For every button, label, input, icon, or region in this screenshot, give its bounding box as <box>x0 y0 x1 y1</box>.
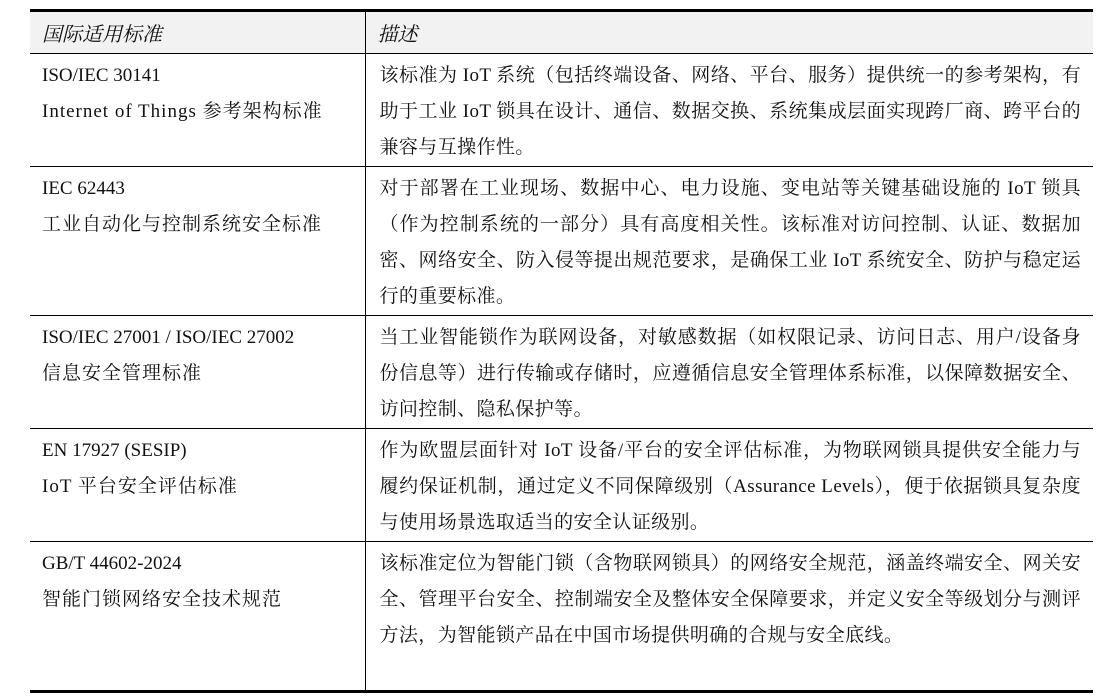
table-header: 国际适用标准 描述 <box>30 11 1093 54</box>
table-row: ISO/IEC 30141 Internet of Things 参考架构标准 … <box>30 54 1093 167</box>
standard-name: 智能门锁网络安全技术规范 <box>42 582 353 618</box>
standard-code: ISO/IEC 30141 <box>42 58 353 94</box>
header-standard: 国际适用标准 <box>30 11 365 54</box>
standard-code: IEC 62443 <box>42 171 353 207</box>
standards-table: 国际适用标准 描述 ISO/IEC 30141 Internet of Thin… <box>30 9 1093 693</box>
header-row: 国际适用标准 描述 <box>30 11 1093 54</box>
table-row: ISO/IEC 27001 / ISO/IEC 27002 信息安全管理标准 当… <box>30 316 1093 429</box>
standard-name: 工业自动化与控制系统安全标准 <box>42 207 353 243</box>
description-cell: 该标准为 IoT 系统（包括终端设备、网络、平台、服务）提供统一的参考架构，有助… <box>365 54 1093 167</box>
standard-name: Internet of Things 参考架构标准 <box>42 94 353 130</box>
standard-name: 信息安全管理标准 <box>42 356 353 392</box>
description-cell: 当工业智能锁作为联网设备，对敏感数据（如权限记录、访问日志、用户/设备身份信息等… <box>365 316 1093 429</box>
standard-code: GB/T 44602-2024 <box>42 546 353 582</box>
standard-cell: ISO/IEC 27001 / ISO/IEC 27002 信息安全管理标准 <box>30 316 365 429</box>
standards-table-container: 国际适用标准 描述 ISO/IEC 30141 Internet of Thin… <box>30 9 1093 693</box>
standard-name: IoT 平台安全评估标准 <box>42 469 353 505</box>
table-row: IEC 62443 工业自动化与控制系统安全标准 对于部署在工业现场、数据中心、… <box>30 167 1093 316</box>
standard-code: EN 17927 (SESIP) <box>42 433 353 469</box>
standard-code: ISO/IEC 27001 / ISO/IEC 27002 <box>42 320 353 356</box>
description-cell: 对于部署在工业现场、数据中心、电力设施、变电站等关键基础设施的 IoT 锁具（作… <box>365 167 1093 316</box>
header-description: 描述 <box>365 11 1093 54</box>
description-cell: 该标准定位为智能门锁（含物联网锁具）的网络安全规范，涵盖终端安全、网关安全、管理… <box>365 542 1093 692</box>
table-row: GB/T 44602-2024 智能门锁网络安全技术规范 该标准定位为智能门锁（… <box>30 542 1093 692</box>
standard-cell: IEC 62443 工业自动化与控制系统安全标准 <box>30 167 365 316</box>
standard-cell: ISO/IEC 30141 Internet of Things 参考架构标准 <box>30 54 365 167</box>
standard-cell: EN 17927 (SESIP) IoT 平台安全评估标准 <box>30 429 365 542</box>
table-body: ISO/IEC 30141 Internet of Things 参考架构标准 … <box>30 54 1093 692</box>
standard-cell: GB/T 44602-2024 智能门锁网络安全技术规范 <box>30 542 365 692</box>
table-row: EN 17927 (SESIP) IoT 平台安全评估标准 作为欧盟层面针对 I… <box>30 429 1093 542</box>
description-cell: 作为欧盟层面针对 IoT 设备/平台的安全评估标准，为物联网锁具提供安全能力与履… <box>365 429 1093 542</box>
